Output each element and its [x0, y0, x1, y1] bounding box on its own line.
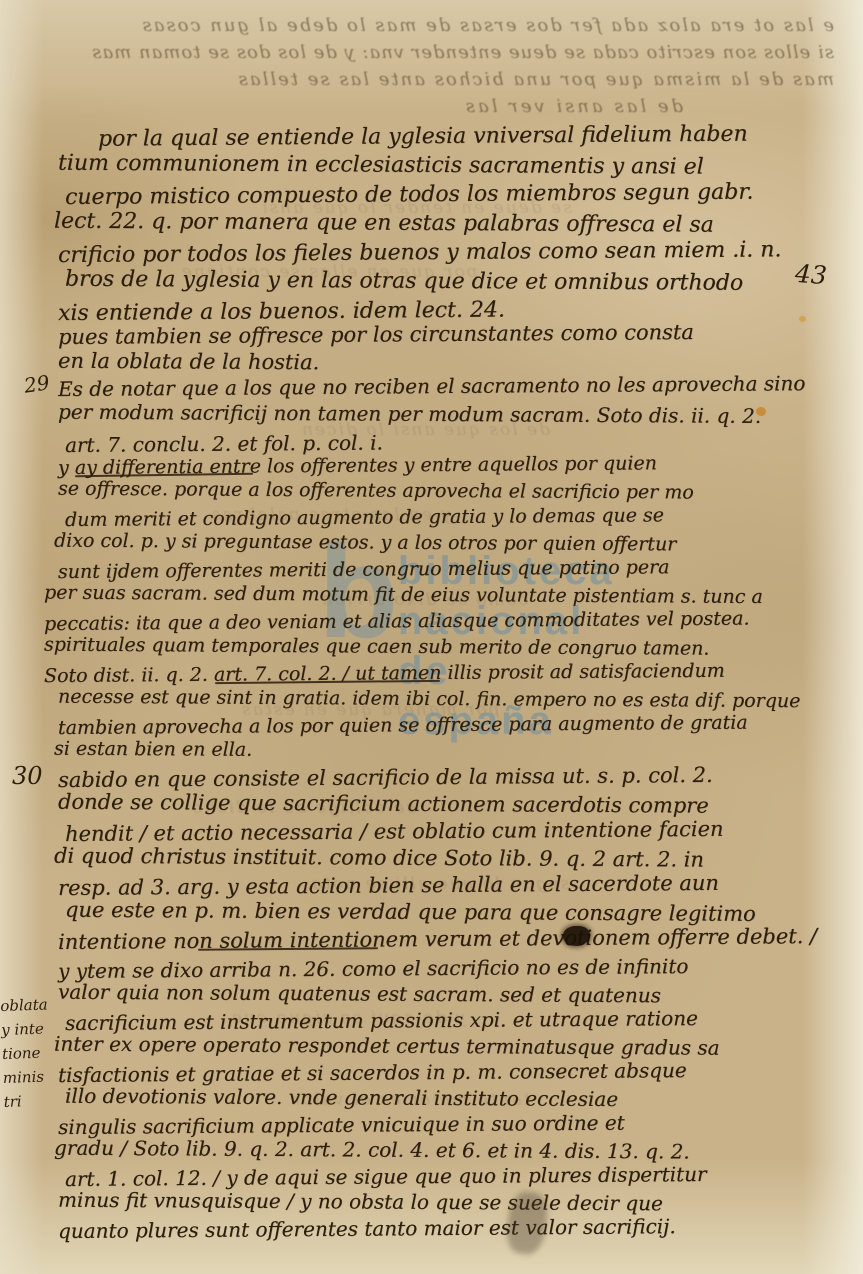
- paper-stain: [799, 316, 806, 322]
- margin-gloss-line: tri: [3, 1088, 64, 1114]
- manuscript-page: e las ot era aloz ada fer dos ersas de m…: [0, 0, 863, 1274]
- margin-gloss-line: tione: [2, 1040, 63, 1066]
- text-line: intentione non solum intentionem verum e…: [58, 923, 830, 956]
- folio-number: 43: [794, 259, 828, 290]
- margin-gloss-line: minis: [2, 1064, 63, 1090]
- paragraph-3: Es de notar que a los que no reciben el …: [58, 372, 830, 456]
- paragraph-5: sabido en que consiste el sacrificio de …: [58, 764, 830, 953]
- paragraph-6: y ytem se dixo arriba n. 26. como el sac…: [58, 955, 830, 1241]
- margin-section-number-30: 30: [12, 762, 43, 790]
- paragraph-4: y ay differentia entre los offerentes y …: [58, 452, 830, 764]
- text-line: quanto plures sunt offerentes tanto maio…: [58, 1212, 830, 1244]
- paper-stain: [756, 407, 766, 416]
- margin-gloss-line: oblata: [0, 992, 61, 1018]
- margin-gloss: oblatay intetioneministri: [0, 992, 64, 1114]
- margin-gloss-line: y inte: [1, 1016, 62, 1042]
- margin-section-number-29: 29: [22, 370, 51, 397]
- paragraph-1: por la qual se entiende la yglesia vnive…: [58, 122, 830, 325]
